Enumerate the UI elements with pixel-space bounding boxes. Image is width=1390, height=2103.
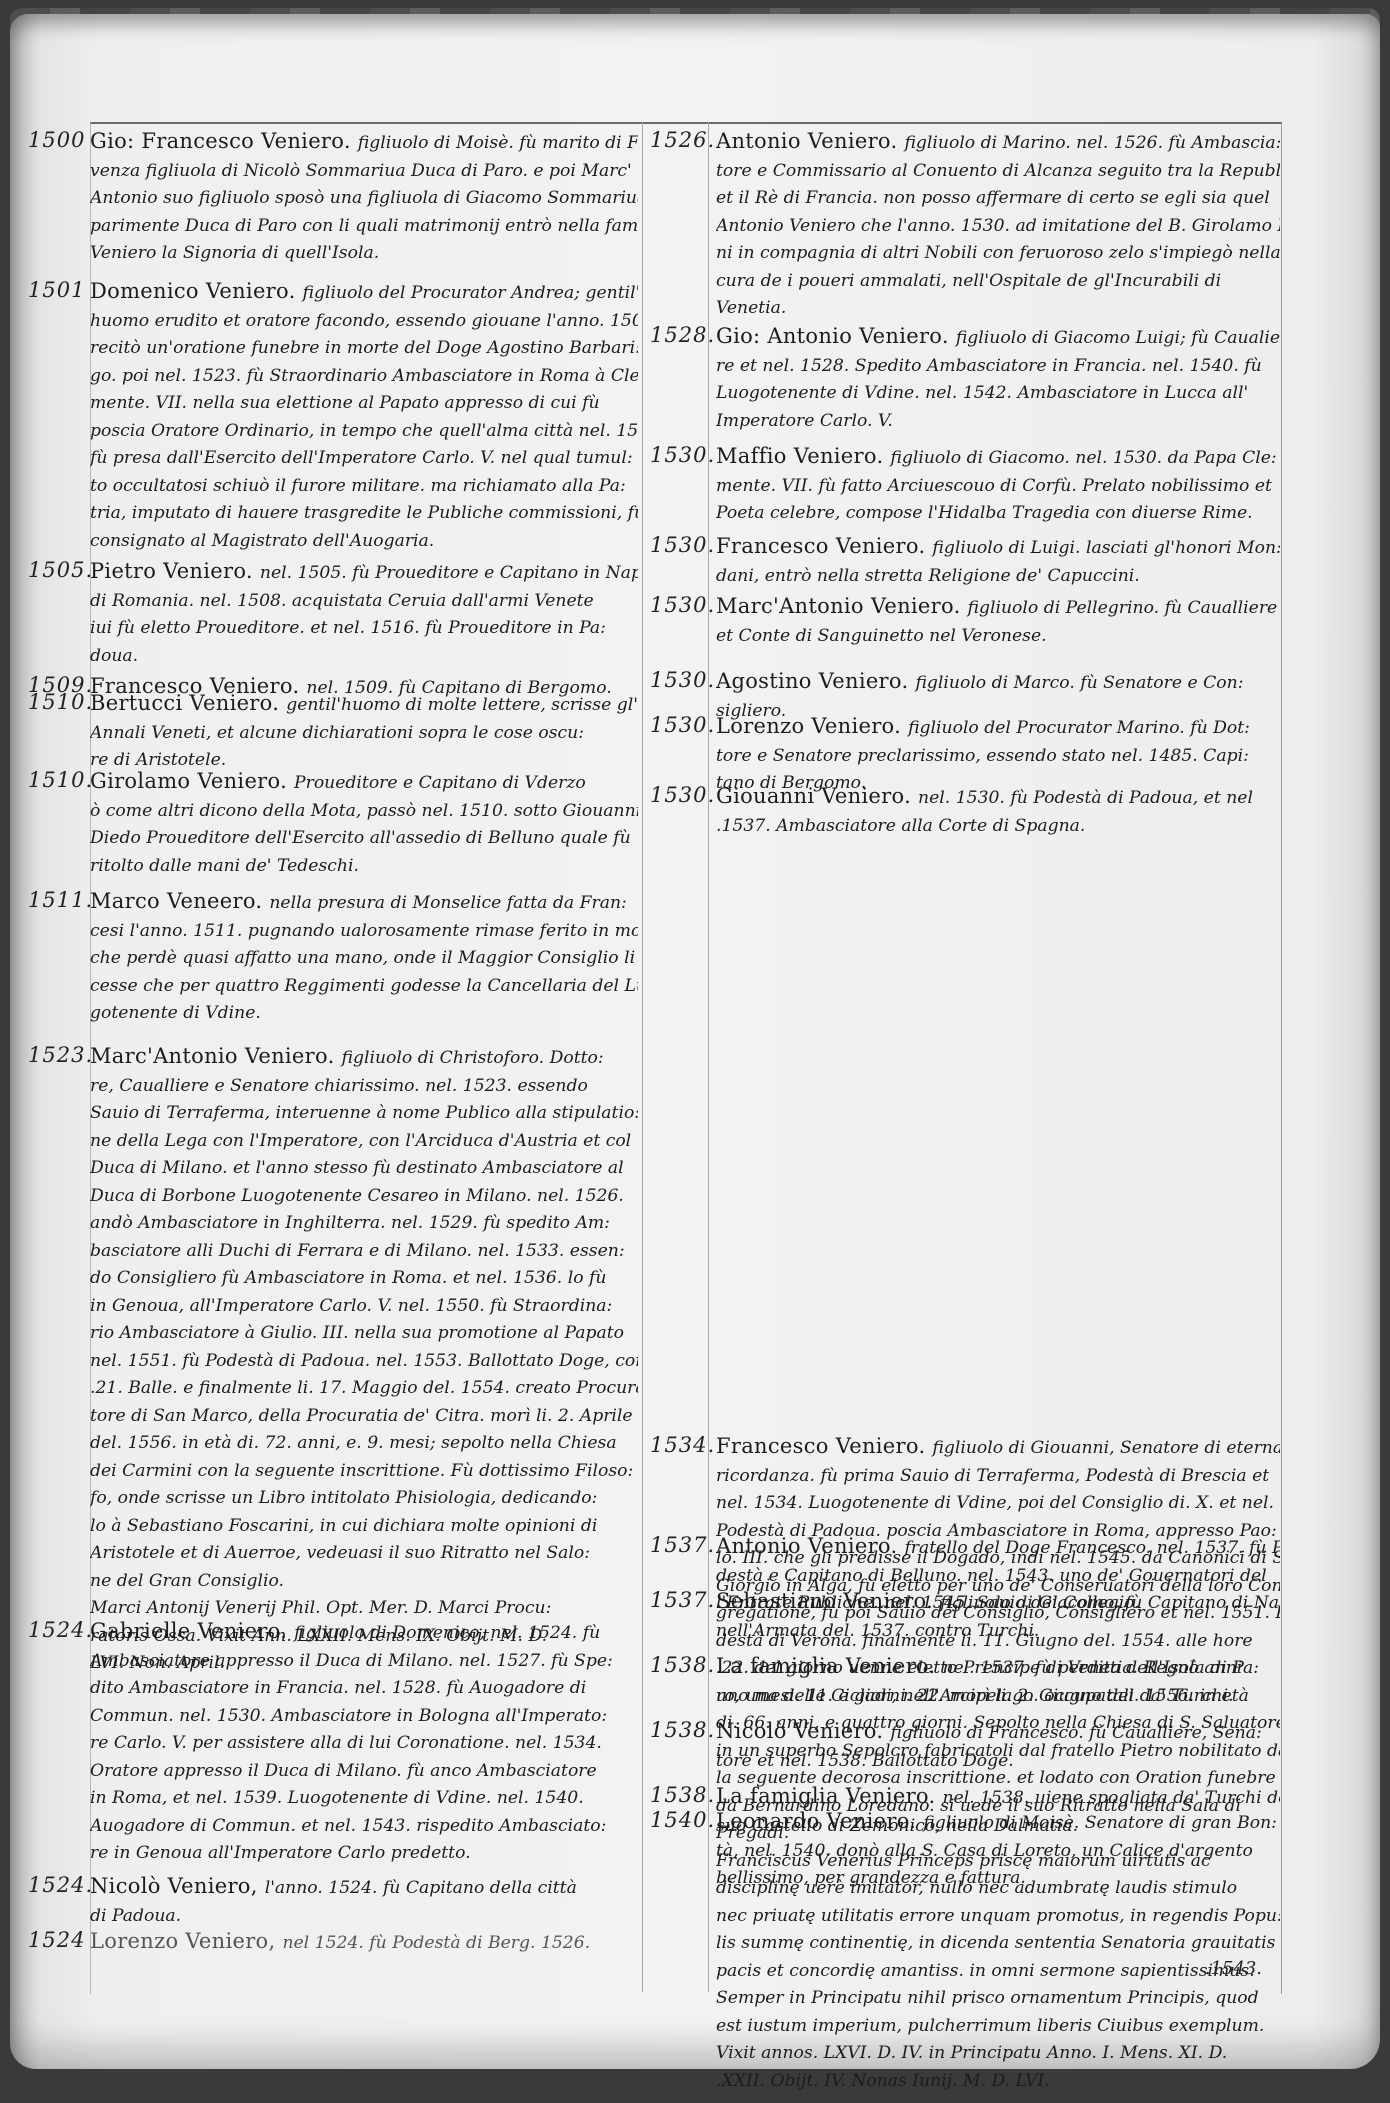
entry-year: 1537.: [650, 1588, 716, 1612]
entry-line-text: consignato al Magistrato dell'Auogaria.: [90, 531, 434, 551]
entry-text: Gio: Antonio Veniero. figliuolo di Giaco…: [716, 323, 1280, 435]
entry-line: tore e Commissario al Conuento di Alcanz…: [716, 158, 1280, 186]
entry-line-text: ritolto dalle mani de' Tedeschi.: [90, 856, 359, 876]
entry-line-text: tore et nel. 1538. Ballottato Doge.: [716, 1751, 1014, 1771]
entry-line-text: figliuolo di Marco. fù Senatore e Con:: [915, 673, 1243, 693]
entry-person-name: Antonio Veniero.: [716, 1534, 904, 1558]
entry-line: Ambasciatore appresso il Duca di Milano.…: [90, 1648, 638, 1676]
entry-line: Giouanni Veniero. nel. 1530. fù Podestà …: [716, 783, 1280, 813]
entry-line-text: re et nel. 1528. Spedito Ambasciatore in…: [716, 356, 1262, 376]
entry-line: Duca di Borbone Luogotenente Cesareo in …: [90, 1183, 638, 1211]
entry-line: Vixit annos. LXVI. D. IV. in Principatu …: [716, 2040, 1280, 2068]
entry-line: poscia Oratore Ordinario, in tempo che q…: [90, 418, 638, 446]
entry-line: Oratore appresso il Duca di Milano. fù a…: [90, 1758, 638, 1786]
entry-line-text: Annali Veneti, et alcune dichiarationi s…: [90, 723, 584, 743]
entry-line-text: figliuolo del Procurator Andrea; gentil': [303, 283, 638, 303]
entry-line: .21. Balle. e finalmente li. 17. Maggio …: [90, 1375, 638, 1403]
entry-line-text: lis summę continentię, in dicenda senten…: [716, 1933, 1275, 1953]
entry-person-name: Marc'Antonio Veniero.: [716, 594, 968, 618]
entry-line-text: parimente Duca di Paro con li quali matr…: [90, 216, 638, 236]
entry-line: cesi l'anno. 1511. pugnando ualorosament…: [90, 918, 638, 946]
entry-line: tore et nel. 1538. Ballottato Doge.: [716, 1748, 1280, 1776]
entry-line: Marc'Antonio Veniero. figliuolo di Chris…: [90, 1043, 638, 1073]
entry-line: Maffio Veniero. figliuolo di Giacomo. ne…: [716, 443, 1280, 473]
entry-line-text: poscia Oratore Ordinario, in tempo che q…: [90, 421, 638, 441]
entry-line-text: rio Ambasciatore à Giulio. III. nella su…: [90, 1323, 624, 1343]
entry-line-text: .1537. Ambasciatore alla Corte di Spagna…: [716, 816, 1085, 836]
entry-year: 1510.: [28, 690, 90, 714]
entry-line: ritolto dalle mani de' Tedeschi.: [90, 853, 638, 881]
entry-line-text: ricordanza. fù prima Sauio di Terraferma…: [716, 1466, 1269, 1486]
entry-line: del. 1556. in età di. 72. anni, e. 9. me…: [90, 1430, 638, 1458]
entry-line-text: tore e Commissario al Conuento di Alcanz…: [716, 161, 1280, 181]
entry-line: Francesco Veniero. figliuolo di Luigi. l…: [716, 533, 1280, 563]
entry-year: 1524.: [28, 1873, 90, 1897]
entry-line: destà e Capitano di Belluno. nel. 1543. …: [716, 1563, 1280, 1591]
entry-person-name: Lorenzo Veniero,: [90, 1929, 282, 1953]
entry-line-text: ni in compagnia di altri Nobili con feru…: [716, 243, 1280, 263]
entry-line: Leonardo Veniero. figliuolo di Moisè. Se…: [716, 1808, 1280, 1838]
entry-line-text: to occultatosi schiuò il furore militare…: [90, 476, 626, 496]
entry-line-text: ne del Gran Consiglio.: [90, 1571, 284, 1591]
entry-line-text: ne della Lega con l'Imperatore, con l'Ar…: [90, 1131, 631, 1151]
entry-line-text: Duca di Milano. et l'anno stesso fù dest…: [90, 1158, 624, 1178]
entry-year: 1540.: [650, 1808, 716, 1832]
entry-line-text: doua.: [90, 646, 138, 666]
entry-line: consignato al Magistrato dell'Auogaria.: [90, 528, 638, 556]
entry-line-text: tore di San Marco, della Procuratia de' …: [90, 1406, 633, 1426]
entry-year: 1510.: [28, 768, 90, 792]
entry-line-text: nel. 1537. fù perdita dell'Isola di Pa:: [942, 1658, 1259, 1678]
entry-year: 1530.: [650, 668, 716, 692]
entry-line-text: Diedo Proueditore dell'Esercito all'asse…: [90, 828, 631, 848]
entry-year: 1500: [28, 128, 90, 152]
entry-line-text: figliuolo di Giouanni, Senatore di etern…: [932, 1438, 1280, 1458]
entry-line: Venetia.: [716, 295, 1280, 323]
entry-line-text: nella presura di Monselice fatta da Fran…: [269, 893, 626, 913]
entry-line-text: fratello del Doge Francesco. nel. 1537. …: [904, 1538, 1280, 1558]
entry-line: nel. 1534. Luogotenente di Vdine, poi de…: [716, 1490, 1280, 1518]
entry-line-text: del. 1556. in età di. 72. anni, e. 9. me…: [90, 1433, 617, 1453]
entry-line: nel. 1551. fù Podestà di Padoua. nel. 15…: [90, 1348, 638, 1376]
entry-line: in Genoua, all'Imperatore Carlo. V. nel.…: [90, 1293, 638, 1321]
entry-line-text: dito Ambasciatore in Francia. nel. 1528.…: [90, 1678, 586, 1698]
entry-line-text: Poeta celebre, compose l'Hidalba Tragedi…: [716, 503, 1253, 523]
entry-line-text: Veniero la Signoria di quell'Isola.: [90, 243, 379, 263]
entry-line-text: tore e Senatore preclarissimo, essendo s…: [716, 746, 1249, 766]
entry-line-text: basciatore alli Duchi di Ferrara e di Mi…: [90, 1241, 625, 1261]
entry-line-text: tà, nel. 1540. donò alla S. Casa di Lore…: [716, 1841, 1253, 1861]
entry-line: Agostino Veniero. figliuolo di Marco. fù…: [716, 668, 1280, 698]
entry-line: nec priuatę utilitatis errore unquam pro…: [716, 1903, 1280, 1931]
entry-year: 1511.: [28, 888, 90, 912]
entry-line: Sauio di Terraferma, interuenne à nome P…: [90, 1100, 638, 1128]
entry-line-text: figliuolo di Giacomo Luigi; fù Caualie:: [956, 328, 1280, 348]
entry-year: 1530.: [650, 533, 716, 557]
entry-year: 1537.: [650, 1533, 716, 1557]
entry-text: Leonardo Veniero. figliuolo di Moisè. Se…: [716, 1808, 1280, 1893]
entry-year: 1534.: [650, 1433, 716, 1457]
entry-line-text: cesse che per quattro Reggimenti godesse…: [90, 976, 638, 996]
entry-text: Marco Veneero. nella presura di Monselic…: [90, 888, 638, 1028]
entry-year: 1530.: [650, 783, 716, 807]
entry-line-text: et Conte di Sanguinetto nel Veronese.: [716, 626, 1047, 646]
entry-line-text: Proueditore e Capitano di Vderzo: [294, 773, 586, 793]
entry-line: do Consigliero fù Ambasciatore in Roma. …: [90, 1265, 638, 1293]
entry-line-text: cura de i poueri ammalati, nell'Ospitale…: [716, 271, 1221, 291]
entry-line-text: in Roma, et nel. 1539. Luogotenente di V…: [90, 1788, 584, 1808]
entry-text: Domenico Veniero. figliuolo del Procurat…: [90, 278, 638, 555]
entry-line-text: mente. VII. fù fatto Arciuescouo di Corf…: [716, 476, 1272, 496]
entry-line-text: pacis et concordię amantiss. in omni ser…: [716, 1961, 1255, 1981]
entry-line-text: Vixit annos. LXVI. D. IV. in Principatu …: [716, 2043, 1227, 2063]
entry-line: Pietro Veniero. nel. 1505. fù Proueditor…: [90, 558, 638, 588]
entry-person-name: Giouanni Veniero.: [716, 784, 918, 808]
entry-person-name: Gabrielle Veniero.: [90, 1619, 294, 1643]
entry-line: Aristotele et di Auerroe, vedeuasi il su…: [90, 1540, 638, 1568]
entry-year: 1538.: [650, 1783, 716, 1807]
entry-line: fo, onde scrisse un Libro intitolato Phi…: [90, 1485, 638, 1513]
entry-line-text: re Carlo. V. per assistere alla di lui C…: [90, 1733, 602, 1753]
entry-line: Auogadore di Commun. et nel. 1543. rispe…: [90, 1813, 638, 1841]
entry-person-name: La famiglia Veniero.: [716, 1654, 942, 1678]
entry-text: Marc'Antonio Veniero. figliuolo di Pelle…: [716, 593, 1280, 650]
entry-line: Sebastiano Veniero. figliuolo di Giacomo…: [716, 1588, 1280, 1618]
entry-line-text: l'anno. 1524. fù Capitano della città: [265, 1878, 577, 1898]
entry-year: 1530.: [650, 443, 716, 467]
entry-line: Francesco Veniero. figliuolo di Giouanni…: [716, 1433, 1280, 1463]
entry-line-text: nel. 1534. Luogotenente di Vdine, poi de…: [716, 1493, 1280, 1513]
entry-line: Lorenzo Veniero, nel 1524. fù Podestà di…: [90, 1928, 638, 1958]
entry-line-text: figliuolo di Luigi. lasciati gl'honori M…: [932, 538, 1280, 558]
entry-person-name: Pietro Veniero.: [90, 559, 260, 583]
entry-line-text: nel. 1530. fù Podestà di Padoua, et nel: [918, 788, 1253, 808]
entry-line-text: gotenente di Vdine.: [90, 1003, 261, 1023]
entry-text: Giouanni Veniero. nel. 1530. fù Podestà …: [716, 783, 1280, 840]
entry-line: tria, imputato di hauere trasgredite le …: [90, 500, 638, 528]
entry-line-text: est iustum imperium, pulcherrimum liberi…: [716, 2016, 1264, 2036]
entry-line: go. poi nel. 1523. fù Straordinario Amba…: [90, 363, 638, 391]
entry-line-text: bellissimo, per grandezza e fattura.: [716, 1868, 1026, 1888]
entry-line: basciatore alli Duchi di Ferrara e di Mi…: [90, 1238, 638, 1266]
entry-text: Pietro Veniero. nel. 1505. fù Proueditor…: [90, 558, 638, 670]
entry-text: Lorenzo Veniero, nel 1524. fù Podestà di…: [90, 1928, 638, 1958]
entry-line: mente. VII. nella sua elettione al Papat…: [90, 390, 638, 418]
entry-line-text: .21. Balle. e finalmente li. 17. Maggio …: [90, 1378, 638, 1398]
entry-line-text: huomo erudito et oratore facondo, essend…: [90, 311, 638, 331]
entry-text: Gio: Francesco Veniero. figliuolo di Moi…: [90, 128, 638, 268]
entry-line-text: tria, imputato di hauere trasgredite le …: [90, 503, 638, 523]
column-divider-left: [642, 122, 643, 1992]
entry-line-text: recitò un'oratione funebre in morte del …: [90, 338, 638, 358]
entry-line-text: re in Genoua all'Imperatore Carlo predet…: [90, 1843, 471, 1863]
entry-year: 1524.: [28, 1618, 90, 1642]
entry-line-text: andò Ambasciatore in Inghilterra. nel. 1…: [90, 1213, 610, 1233]
entry-person-name: Gio: Antonio Veniero.: [716, 324, 956, 348]
entry-line: Antonio Veniero che l'anno. 1530. ad imi…: [716, 213, 1280, 241]
entry-line: Antonio suo figliuolo sposò una figliuol…: [90, 185, 638, 213]
page-footer-year: .1543.: [1205, 1958, 1262, 1979]
entry-line-text: figliuolo di Pellegrino. fù Caualliere: [968, 598, 1278, 618]
entry-person-name: Lorenzo Veniero.: [716, 714, 908, 738]
entry-line-text: nel 1524. fù Podestà di Berg. 1526.: [282, 1933, 590, 1953]
entry-line-text: Antonio Veniero che l'anno. 1530. ad imi…: [716, 216, 1280, 236]
entry-text: Nicolò Veniero. figliuolo di Francesco. …: [716, 1718, 1280, 1775]
entry-line: Antonio Veniero. fratello del Doge Franc…: [716, 1533, 1280, 1563]
entry-line: rio Ambasciatore à Giulio. III. nella su…: [90, 1320, 638, 1348]
entry-line: pacis et concordię amantiss. in omni ser…: [716, 1958, 1280, 1986]
entry-person-name: La famiglia Veniero.: [716, 1784, 942, 1808]
entry-line: Nicolò Veniero, l'anno. 1524. fù Capitan…: [90, 1873, 638, 1903]
entry-line-text: lo à Sebastiano Foscarini, in cui dichia…: [90, 1516, 597, 1536]
entry-line-text: .XXII. Obijt. IV. Nonas Iunij. M. D. LVI…: [716, 2071, 1050, 2091]
entry-line-text: di Romania. nel. 1508. acquistata Ceruia…: [90, 591, 594, 611]
entry-line-text: et il Rè di Francia. non posso affermare…: [716, 188, 1270, 208]
entry-person-name: Marco Veneero.: [90, 889, 269, 913]
entry-line: Gio: Francesco Veniero. figliuolo di Moi…: [90, 128, 638, 158]
column-divider-right: [708, 122, 709, 1992]
entry-line: doua.: [90, 643, 638, 671]
entry-line-text: dei Carmini con la seguente inscrittione…: [90, 1461, 633, 1481]
entry-year: 1523.: [28, 1043, 90, 1067]
entry-line: re Carlo. V. per assistere alla di lui C…: [90, 1730, 638, 1758]
entry-line-text: Antonio suo figliuolo sposò una figliuol…: [90, 188, 638, 208]
entry-line: Marc'Antonio Veniero. figliuolo di Pelle…: [716, 593, 1280, 623]
entry-line-text: dani, entrò nella stretta Religione de' …: [716, 566, 1140, 586]
entry-person-name: Francesco Veniero.: [716, 534, 932, 558]
entry-year: 1530.: [650, 593, 716, 617]
entry-line: Antonio Veniero. figliuolo di Marino. ne…: [716, 128, 1280, 158]
entry-line-text: che perdè quasi affatto una mano, onde i…: [90, 948, 638, 968]
entry-person-name: Marc'Antonio Veniero.: [90, 1044, 342, 1068]
entry-line: che perdè quasi affatto una mano, onde i…: [90, 945, 638, 973]
entry-line: Semper in Principatu nihil prisco orname…: [716, 1985, 1280, 2013]
entry-line-text: Ambasciatore appresso il Duca di Milano.…: [90, 1651, 613, 1671]
entry-line: .1537. Ambasciatore alla Corte di Spagna…: [716, 813, 1280, 841]
entry-line-text: fù presa dall'Esercito dell'Imperatore C…: [90, 448, 633, 468]
entry-person-name: Gio: Francesco Veniero.: [90, 129, 358, 153]
entry-year: 1538.: [650, 1718, 716, 1742]
entry-person-name: Maffio Veniero.: [716, 444, 890, 468]
entry-line-text: figliuolo di Moisè. Senatore di gran Bon…: [923, 1813, 1277, 1833]
entry-line: Diedo Proueditore dell'Esercito all'asse…: [90, 825, 638, 853]
entry-line-text: Marci Antonij Venerij Phil. Opt. Mer. D.…: [90, 1598, 551, 1618]
entry-line: Gabrielle Veniero. figliuolo di Domenico…: [90, 1618, 638, 1648]
entry-text: Francesco Veniero. figliuolo di Luigi. l…: [716, 533, 1280, 590]
entry-line: Commun. nel. 1530. Ambasciatore in Bolog…: [90, 1703, 638, 1731]
entry-line: gotenente di Vdine.: [90, 1000, 638, 1028]
entry-line: re et nel. 1528. Spedito Ambasciatore in…: [716, 353, 1280, 381]
entry-line-text: Auogadore di Commun. et nel. 1543. rispe…: [90, 1816, 606, 1836]
entry-line: dito Ambasciatore in Francia. nel. 1528.…: [90, 1675, 638, 1703]
entry-line-text: figliuolo del Procurator Marino. fù Dot:: [908, 718, 1250, 738]
entry-line-text: Sauio di Terraferma, interuenne à nome P…: [90, 1103, 638, 1123]
entry-text: Gabrielle Veniero. figliuolo di Domenico…: [90, 1618, 638, 1868]
entry-person-name: Antonio Veniero.: [716, 129, 904, 153]
entry-line: re, Caualliere e Senatore chiarissimo. n…: [90, 1073, 638, 1101]
entry-line: parimente Duca di Paro con li quali matr…: [90, 213, 638, 241]
entry-line-text: mente. VII. nella sua elettione al Papat…: [90, 393, 600, 413]
entry-line: Duca di Milano. et l'anno stesso fù dest…: [90, 1155, 638, 1183]
entry-text: Bertucci Veniero. gentil'huomo di molte …: [90, 690, 638, 775]
entry-text: Nicolò Veniero, l'anno. 1524. fù Capitan…: [90, 1873, 638, 1930]
entry-line: tà, nel. 1540. donò alla S. Casa di Lore…: [716, 1838, 1280, 1866]
entry-text: Maffio Veniero. figliuolo di Giacomo. ne…: [716, 443, 1280, 528]
entry-person-name: Girolamo Veniero.: [90, 769, 294, 793]
entry-line: Marco Veneero. nella presura di Monselic…: [90, 888, 638, 918]
entry-line: ro, una delle Cicladi, nell'Arcipelago. …: [716, 1683, 1280, 1711]
entry-line: Gio: Antonio Veniero. figliuolo di Giaco…: [716, 323, 1280, 353]
entry-line-text: ò come altri dicono della Mota, passò ne…: [90, 801, 638, 821]
entry-person-name: Francesco Veniero.: [716, 1434, 932, 1458]
entry-line-text: gentil'huomo di molte lettere, scrisse g…: [286, 695, 638, 715]
entry-line: et Conte di Sanguinetto nel Veronese.: [716, 623, 1280, 651]
entry-year: 1538.: [650, 1653, 716, 1677]
entry-line-text: figliuolo di Francesco. fù Caualliere, S…: [890, 1723, 1261, 1743]
entry-line: re in Genoua all'Imperatore Carlo predet…: [90, 1840, 638, 1868]
entry-line-text: cesi l'anno. 1511. pugnando ualorosament…: [90, 921, 638, 941]
entry-line: cesse che per quattro Reggimenti godesse…: [90, 973, 638, 1001]
entry-text: Sebastiano Veniero. figliuolo di Giacomo…: [716, 1588, 1280, 1645]
entry-line: .XXII. Obijt. IV. Nonas Iunij. M. D. LVI…: [716, 2068, 1280, 2096]
entry-line-text: Oratore appresso il Duca di Milano. fù a…: [90, 1761, 597, 1781]
entry-line: tore e Senatore preclarissimo, essendo s…: [716, 743, 1280, 771]
entry-line-text: venza figliuola di Nicolò Sommariua Duca…: [90, 161, 632, 181]
entry-line: ricordanza. fù prima Sauio di Terraferma…: [716, 1463, 1280, 1491]
entry-line: andò Ambasciatore in Inghilterra. nel. 1…: [90, 1210, 638, 1238]
entry-line: mente. VII. fù fatto Arciuescouo di Corf…: [716, 473, 1280, 501]
entry-line: Annali Veneti, et alcune dichiarationi s…: [90, 720, 638, 748]
entry-line-text: nel. 1538. uiene spogliata da' Turchi de…: [942, 1788, 1280, 1808]
entry-line: huomo erudito et oratore facondo, essend…: [90, 308, 638, 336]
entry-year: 1530.: [650, 713, 716, 737]
entry-year: 1505.: [28, 558, 90, 582]
entry-line-text: figliuolo di Marino. nel. 1526. fù Ambas…: [904, 133, 1280, 153]
entry-line: ò come altri dicono della Mota, passò ne…: [90, 798, 638, 826]
entry-line: Luogotenente di Vdine. nel. 1542. Ambasc…: [716, 380, 1280, 408]
entry-line-text: re di Aristotele.: [90, 750, 226, 770]
entry-line-text: go. poi nel. 1523. fù Straordinario Amba…: [90, 366, 638, 386]
entry-text: Marc'Antonio Veniero. figliuolo di Chris…: [90, 1043, 638, 1678]
entry-line: di Romania. nel. 1508. acquistata Ceruia…: [90, 588, 638, 616]
entry-line-text: iui fù eletto Proueditore. et nel. 1516.…: [90, 618, 606, 638]
entry-year: 1524: [28, 1928, 90, 1952]
entry-text: La famiglia Veniero. nel. 1537. fù perdi…: [716, 1653, 1280, 1710]
entry-line-text: nel. 1551. fù Podestà di Padoua. nel. 15…: [90, 1351, 638, 1371]
entry-line: lo à Sebastiano Foscarini, in cui dichia…: [90, 1513, 638, 1541]
entry-line: nell'Armata del. 1537. contro Turchi.: [716, 1618, 1280, 1646]
entry-line: ne della Lega con l'Imperatore, con l'Ar…: [90, 1128, 638, 1156]
entry-line-text: figliuolo di Giacomo. fù Capitano di Nau…: [940, 1593, 1280, 1613]
entry-line-text: Venetia.: [716, 298, 786, 318]
entry-line-text: in Genoua, all'Imperatore Carlo. V. nel.…: [90, 1296, 612, 1316]
entry-line: venza figliuola di Nicolò Sommariua Duca…: [90, 158, 638, 186]
entry-line: di Padoua.: [90, 1903, 638, 1931]
entry-line: tore di San Marco, della Procuratia de' …: [90, 1403, 638, 1431]
entry-line-text: Semper in Principatu nihil prisco orname…: [716, 1988, 1259, 2008]
entry-line-text: ro, una delle Cicladi, nell'Arcipelago. …: [716, 1686, 1234, 1706]
entry-person-name: Domenico Veniero.: [90, 279, 303, 303]
entry-year: 1501: [28, 278, 90, 302]
entry-line: Domenico Veniero. figliuolo del Procurat…: [90, 278, 638, 308]
entry-line: Poeta celebre, compose l'Hidalba Tragedi…: [716, 500, 1280, 528]
entry-line: lis summę continentię, in dicenda senten…: [716, 1930, 1280, 1958]
entry-line-text: figliuolo di Domenico, nel. 1524. fù: [294, 1623, 600, 1643]
entry-line-text: di Padoua.: [90, 1906, 181, 1926]
entry-line: ni in compagnia di altri Nobili con feru…: [716, 240, 1280, 268]
entry-line: bellissimo, per grandezza e fattura.: [716, 1865, 1280, 1893]
entry-line: dei Carmini con la seguente inscrittione…: [90, 1458, 638, 1486]
entry-line: et il Rè di Francia. non posso affermare…: [716, 185, 1280, 213]
entry-line: Bertucci Veniero. gentil'huomo di molte …: [90, 690, 638, 720]
entry-person-name: Bertucci Veniero.: [90, 691, 286, 715]
entry-line: recitò un'oratione funebre in morte del …: [90, 335, 638, 363]
entry-line-text: figliuolo di Christoforo. Dotto:: [342, 1048, 604, 1068]
entry-line: iui fù eletto Proueditore. et nel. 1516.…: [90, 615, 638, 643]
entry-line: fù presa dall'Esercito dell'Imperatore C…: [90, 445, 638, 473]
entry-text: Girolamo Veniero. Proueditore e Capitano…: [90, 768, 638, 880]
entry-person-name: Sebastiano Veniero.: [716, 1589, 940, 1613]
entry-line-text: re, Caualliere e Senatore chiarissimo. n…: [90, 1076, 588, 1096]
entry-text: Antonio Veniero. figliuolo di Marino. ne…: [716, 128, 1280, 323]
entry-line-text: Commun. nel. 1530. Ambasciatore in Bolog…: [90, 1706, 607, 1726]
entry-year: 1526.: [650, 128, 716, 152]
entry-line: La famiglia Veniero. nel. 1537. fù perdi…: [716, 1653, 1280, 1683]
entry-line: ne del Gran Consiglio.: [90, 1568, 638, 1596]
entry-person-name: Leonardo Veniero.: [716, 1809, 923, 1833]
entry-year: 1528.: [650, 323, 716, 347]
entry-person-name: Agostino Veniero.: [716, 669, 915, 693]
entry-line: Veniero la Signoria di quell'Isola.: [90, 240, 638, 268]
entry-person-name: Nicolò Veniero,: [90, 1874, 265, 1898]
entry-line: Girolamo Veniero. Proueditore e Capitano…: [90, 768, 638, 798]
entry-line-text: figliuolo di Moisè. fù marito di Fio:: [358, 133, 638, 153]
entry-line-text: Duca di Borbone Luogotenente Cesareo in …: [90, 1186, 624, 1206]
entry-line-text: do Consigliero fù Ambasciatore in Roma. …: [90, 1268, 606, 1288]
entry-line: to occultatosi schiuò il furore militare…: [90, 473, 638, 501]
entry-line-text: Aristotele et di Auerroe, vedeuasi il su…: [90, 1543, 590, 1563]
entry-line-text: fo, onde scrisse un Libro intitolato Phi…: [90, 1488, 597, 1508]
entry-line-text: Luogotenente di Vdine. nel. 1542. Ambasc…: [716, 383, 1248, 403]
entry-line-text: nell'Armata del. 1537. contro Turchi.: [716, 1621, 1039, 1641]
entry-line-text: Imperatore Carlo. V.: [716, 411, 893, 431]
entry-line: Nicolò Veniero. figliuolo di Francesco. …: [716, 1718, 1280, 1748]
entry-person-name: Nicolò Veniero.: [716, 1719, 890, 1743]
entry-line-text: figliuolo di Giacomo. nel. 1530. da Papa…: [890, 448, 1276, 468]
entry-line-text: nec priuatę utilitatis errore unquam pro…: [716, 1906, 1280, 1926]
entry-line: in Roma, et nel. 1539. Luogotenente di V…: [90, 1785, 638, 1813]
entry-line: dani, entrò nella stretta Religione de' …: [716, 563, 1280, 591]
entry-line-text: nel. 1505. fù Proueditore e Capitano in …: [260, 563, 638, 583]
entry-line-text: destà e Capitano di Belluno. nel. 1543. …: [716, 1566, 1267, 1586]
entry-line: cura de i poueri ammalati, nell'Ospitale…: [716, 268, 1280, 296]
entry-line: Lorenzo Veniero. figliuolo del Procurato…: [716, 713, 1280, 743]
entry-line: Imperatore Carlo. V.: [716, 408, 1280, 436]
entry-line: est iustum imperium, pulcherrimum liberi…: [716, 2013, 1280, 2041]
